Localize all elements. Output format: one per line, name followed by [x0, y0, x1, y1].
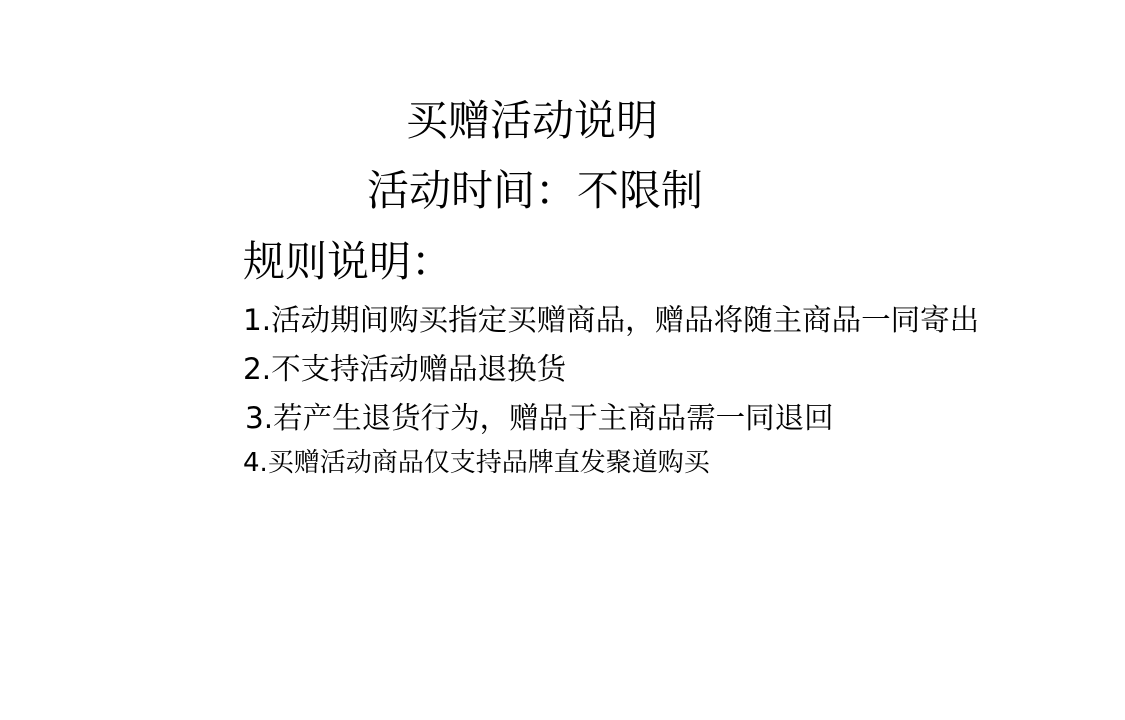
rule-item: 1.活动期间购买指定买赠商品，赠品将随主商品一同寄出	[243, 306, 979, 336]
rule-item: 2.不支持活动赠品退换货	[243, 355, 566, 385]
activity-time: 活动时间：不限制	[367, 170, 703, 212]
rules-heading: 规则说明：	[243, 241, 453, 283]
page-title: 买赠活动说明	[406, 100, 658, 142]
rule-item: 4.买赠活动商品仅支持品牌直发聚道购买	[243, 450, 710, 476]
rule-item: 3.若产生退货行为，赠品于主商品需一同退回	[245, 404, 834, 434]
